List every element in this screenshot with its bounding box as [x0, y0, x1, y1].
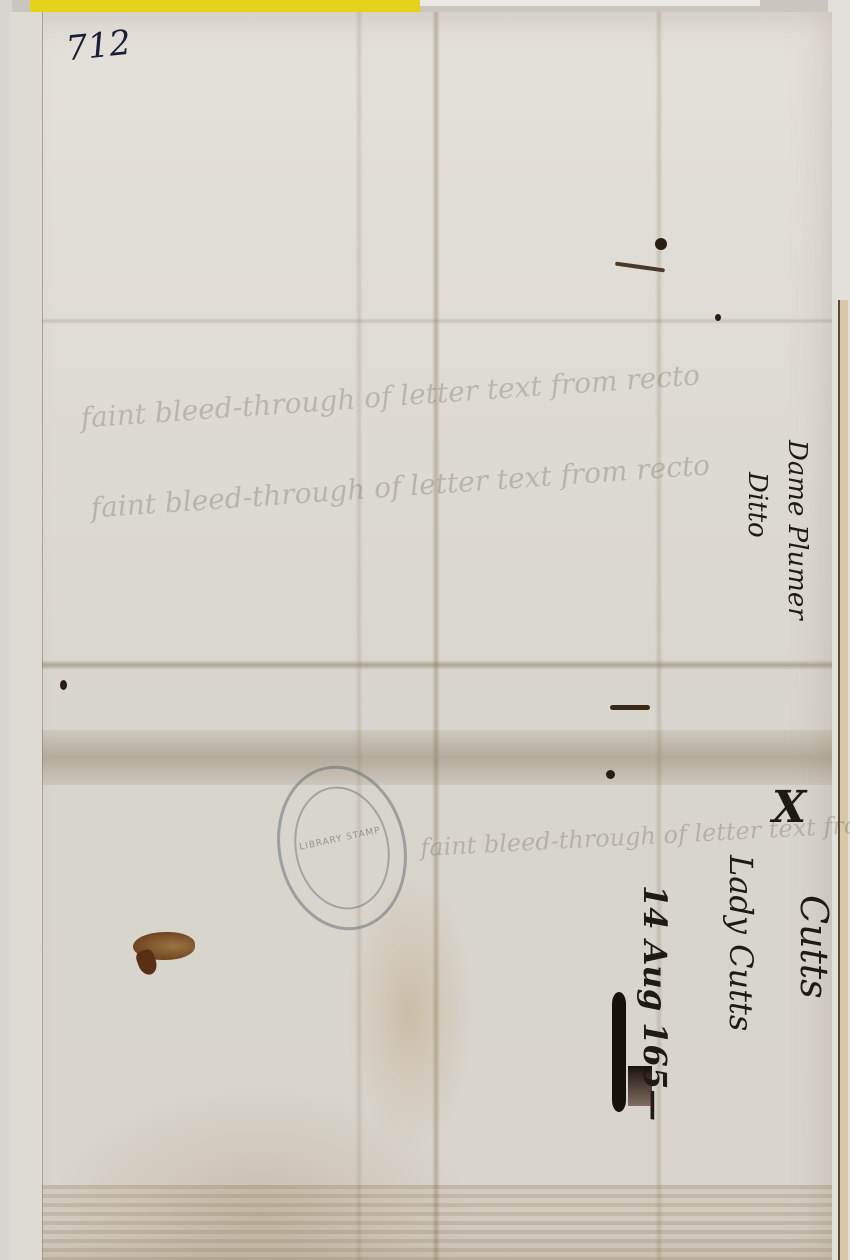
- water-stain: [42, 1185, 832, 1260]
- horizontal-fold: [42, 660, 832, 670]
- endorsement-address-line-1: Dame Plumer: [782, 440, 812, 620]
- ink-stroke: [612, 992, 626, 1112]
- ink-smear: [610, 705, 650, 710]
- backdrop-strip: [420, 0, 760, 6]
- endorsement-surname: Cutts: [792, 895, 836, 999]
- endorsement-recipient: Lady Cutts: [722, 855, 760, 1031]
- ink-blot: [606, 770, 615, 779]
- ink-blot: [655, 238, 667, 250]
- vertical-fold: [355, 12, 363, 1260]
- adjacent-page-edge: [838, 300, 848, 1260]
- ink-blot: [60, 680, 67, 690]
- ink-splatter: [628, 1066, 652, 1106]
- fold-band: [42, 730, 832, 785]
- horizontal-fold: [42, 318, 832, 324]
- folio-number: 712: [64, 23, 133, 70]
- sheet-left-margin: [10, 12, 43, 1260]
- cross-mark: X: [772, 782, 806, 833]
- vertical-fold: [432, 12, 440, 1260]
- endorsement-address-line-2: Ditto: [742, 472, 772, 538]
- yellow-tab: [30, 0, 420, 12]
- manuscript-sheet: [10, 12, 832, 1260]
- ink-blot: [715, 314, 721, 321]
